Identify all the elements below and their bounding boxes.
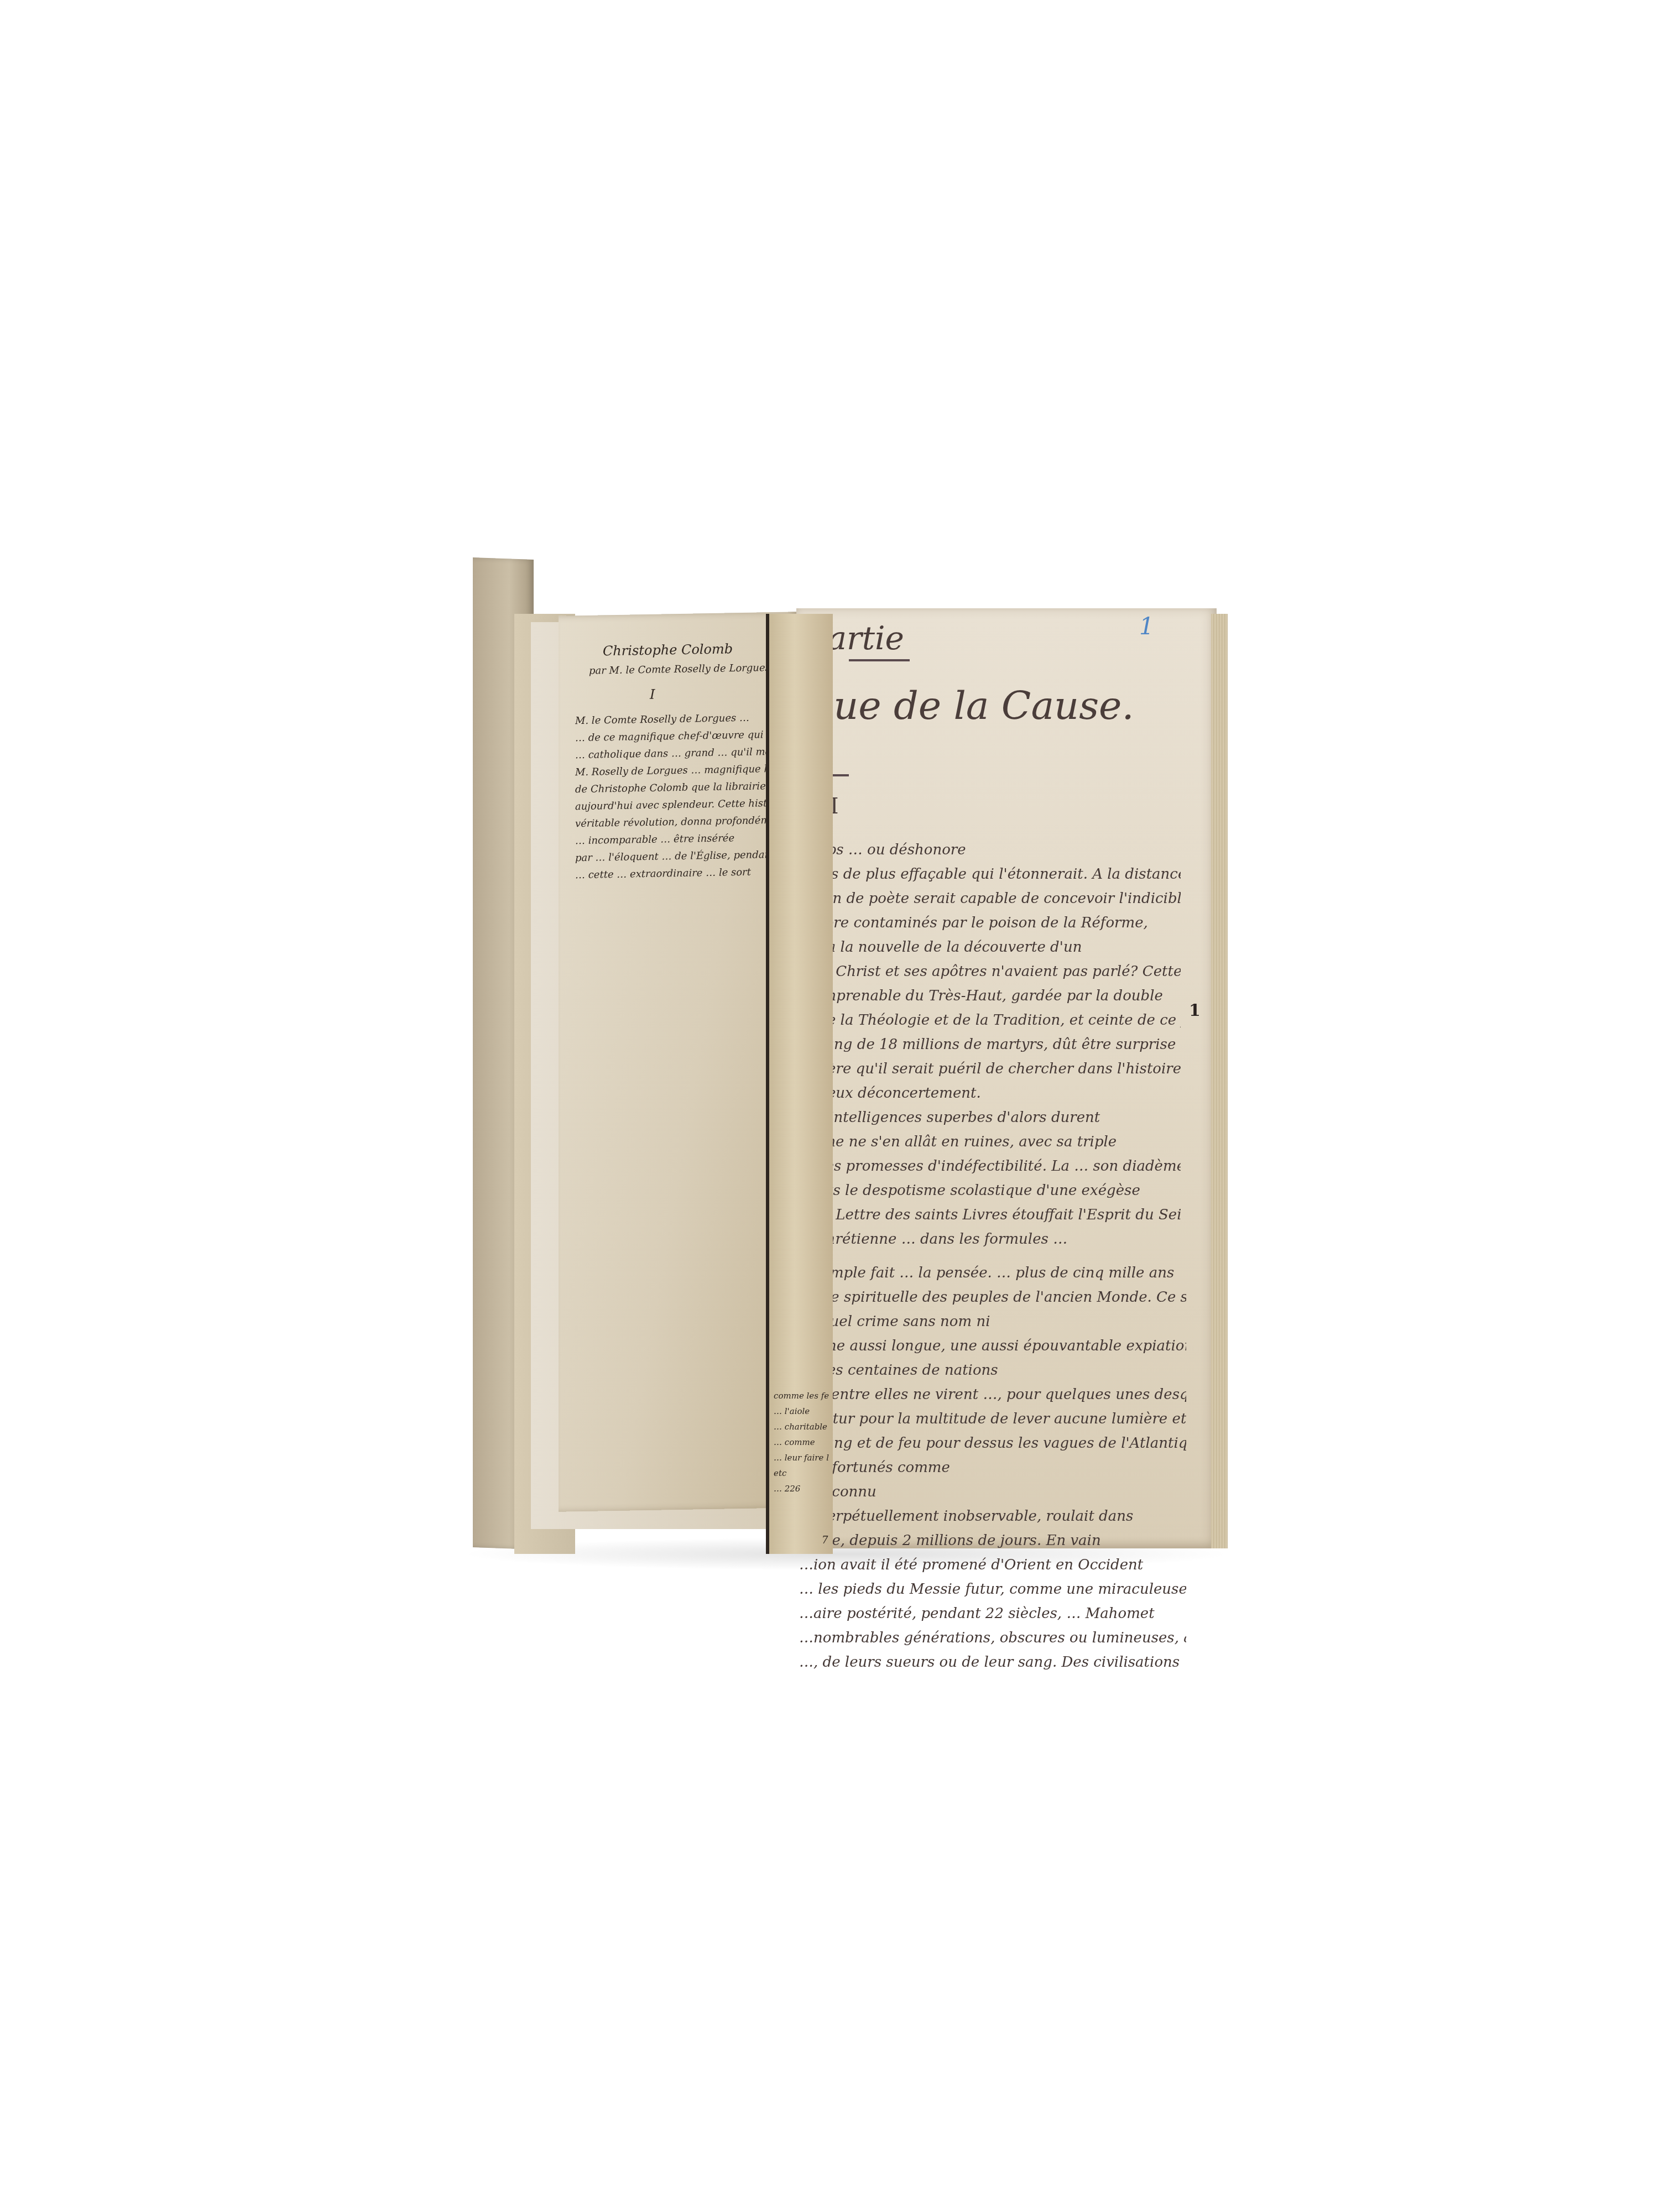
heading-title: ique de la Cause.: [796, 683, 1134, 728]
leaf-title: Christophe Colomb: [603, 640, 733, 660]
text-line: … perpétuellement inobservable, roulait …: [799, 1504, 1186, 1528]
text-line: …tion de poète serait capable de concevo…: [799, 886, 1181, 911]
text-line: … Quel crime sans nom ni: [799, 1310, 1186, 1334]
strip-line: … 226: [774, 1481, 829, 1496]
leaf-author: par M. le Comte Roselly de Lorgues: [589, 659, 770, 680]
text-line: … inconnu: [799, 1480, 1186, 1504]
page-number: 1: [1139, 613, 1154, 640]
text-line: … sang de 18 millions de martyrs, dût êt…: [799, 1032, 1181, 1057]
margin-circled-number: 1: [1189, 1001, 1201, 1020]
text-line: …gieux déconcertement.: [799, 1081, 1181, 1105]
text-line: … les pieds du Messie futur, comme une m…: [799, 1577, 1186, 1601]
text-line: …nière qu'il serait puéril de chercher d…: [799, 1057, 1181, 1081]
text-line: …iles de plus effaçable qui l'étonnerait…: [799, 862, 1181, 886]
text-line: …ème ne s'en allât en ruines, avec sa tr…: [799, 1130, 1181, 1154]
text-block-lower: … simple fait … la pensée. … plus de cin…: [799, 1261, 1186, 1674]
leaf-text-block: M. le Comte Roselly de Lorgues … … de ce…: [575, 709, 785, 884]
text-line: Les intelligences superbes d'alors duren…: [799, 1105, 1181, 1130]
text-line: … chrétienne … dans les formules …: [799, 1227, 1181, 1251]
text-line: …ints le despotisme scolastique d'une ex…: [799, 1178, 1181, 1203]
leaf-section: I: [650, 686, 655, 703]
text-line: … le Christ et ses apôtres n'avaient pas…: [799, 959, 1181, 984]
strip-line: comme les feuilles: [774, 1388, 829, 1404]
text-line: …, de leurs sueurs ou de leur sang. Des …: [799, 1650, 1186, 1674]
text-line: … ses promesses d'indéfectibilité. La … …: [799, 1154, 1181, 1178]
text-line: … une aussi longue, une aussi épouvantab…: [799, 1334, 1186, 1358]
strip-line: etc: [774, 1465, 829, 1481]
text-line: … imprenable du Très-Haut, gardée par la…: [799, 984, 1181, 1008]
text-line: …aire postérité, pendant 22 siècles, … M…: [799, 1601, 1186, 1626]
photo-scene: Partie ique de la Cause. II 1 temps … ou…: [0, 0, 1659, 2212]
narrow-leaf-strip: comme les feuilles … l'aiole … charitabl…: [766, 614, 833, 1554]
main-manuscript-page: Partie ique de la Cause. II 1 temps … ou…: [796, 608, 1217, 1548]
text-line: … d'entre elles ne virent …, pour quelqu…: [799, 1383, 1186, 1407]
text-line: … sang et de feu pour dessus les vagues …: [799, 1431, 1186, 1455]
text-line: encore contaminés par le poison de la Ré…: [799, 911, 1181, 935]
leaf-line: véritable révolution, donna profondément…: [575, 812, 785, 833]
strip-line: … leur faire lire: [774, 1450, 829, 1465]
text-line: … , à la nouvelle de la découverte d'un: [799, 935, 1181, 959]
strip-line: … charitable: [774, 1419, 829, 1434]
strip-bottom-number: 7: [822, 1532, 828, 1549]
text-line: …ion avait il été promené d'Orient en Oc…: [799, 1553, 1186, 1577]
strip-text-block: comme les feuilles … l'aiole … charitabl…: [774, 1388, 829, 1496]
text-line: … infortunés comme: [799, 1455, 1186, 1480]
heading-part-underline: [849, 659, 910, 661]
text-line: …nombrables générations, obscures ou lum…: [799, 1626, 1186, 1650]
text-line: … de la Théologie et de la Tradition, et…: [799, 1008, 1181, 1032]
leaf-line: par … l'éloquent … de l'Église, pendant …: [575, 846, 785, 867]
strip-line: … l'aiole: [774, 1404, 829, 1419]
text-line: …nde, depuis 2 millions de jours. En vai…: [799, 1528, 1186, 1553]
text-line: … futur pour la multitude de lever aucun…: [799, 1407, 1186, 1431]
turned-leaf-front: Christophe Colomb par M. le Comte Rosell…: [559, 612, 796, 1512]
text-line: temps … ou déshonore: [799, 838, 1181, 862]
text-block-upper: temps … ou déshonore …iles de plus effaç…: [799, 838, 1181, 1251]
strip-line: … comme: [774, 1434, 829, 1450]
text-line: … vie spirituelle des peuples de l'ancie…: [799, 1285, 1186, 1310]
page-block-edge: [1211, 614, 1228, 1548]
text-line: … simple fait … la pensée. … plus de cin…: [799, 1261, 1186, 1285]
leaf-line: … cette … extraordinaire … le sort: [575, 863, 785, 884]
text-line: … des centaines de nations: [799, 1358, 1186, 1383]
text-line: … la Lettre des saints Livres étouffait …: [799, 1203, 1181, 1227]
